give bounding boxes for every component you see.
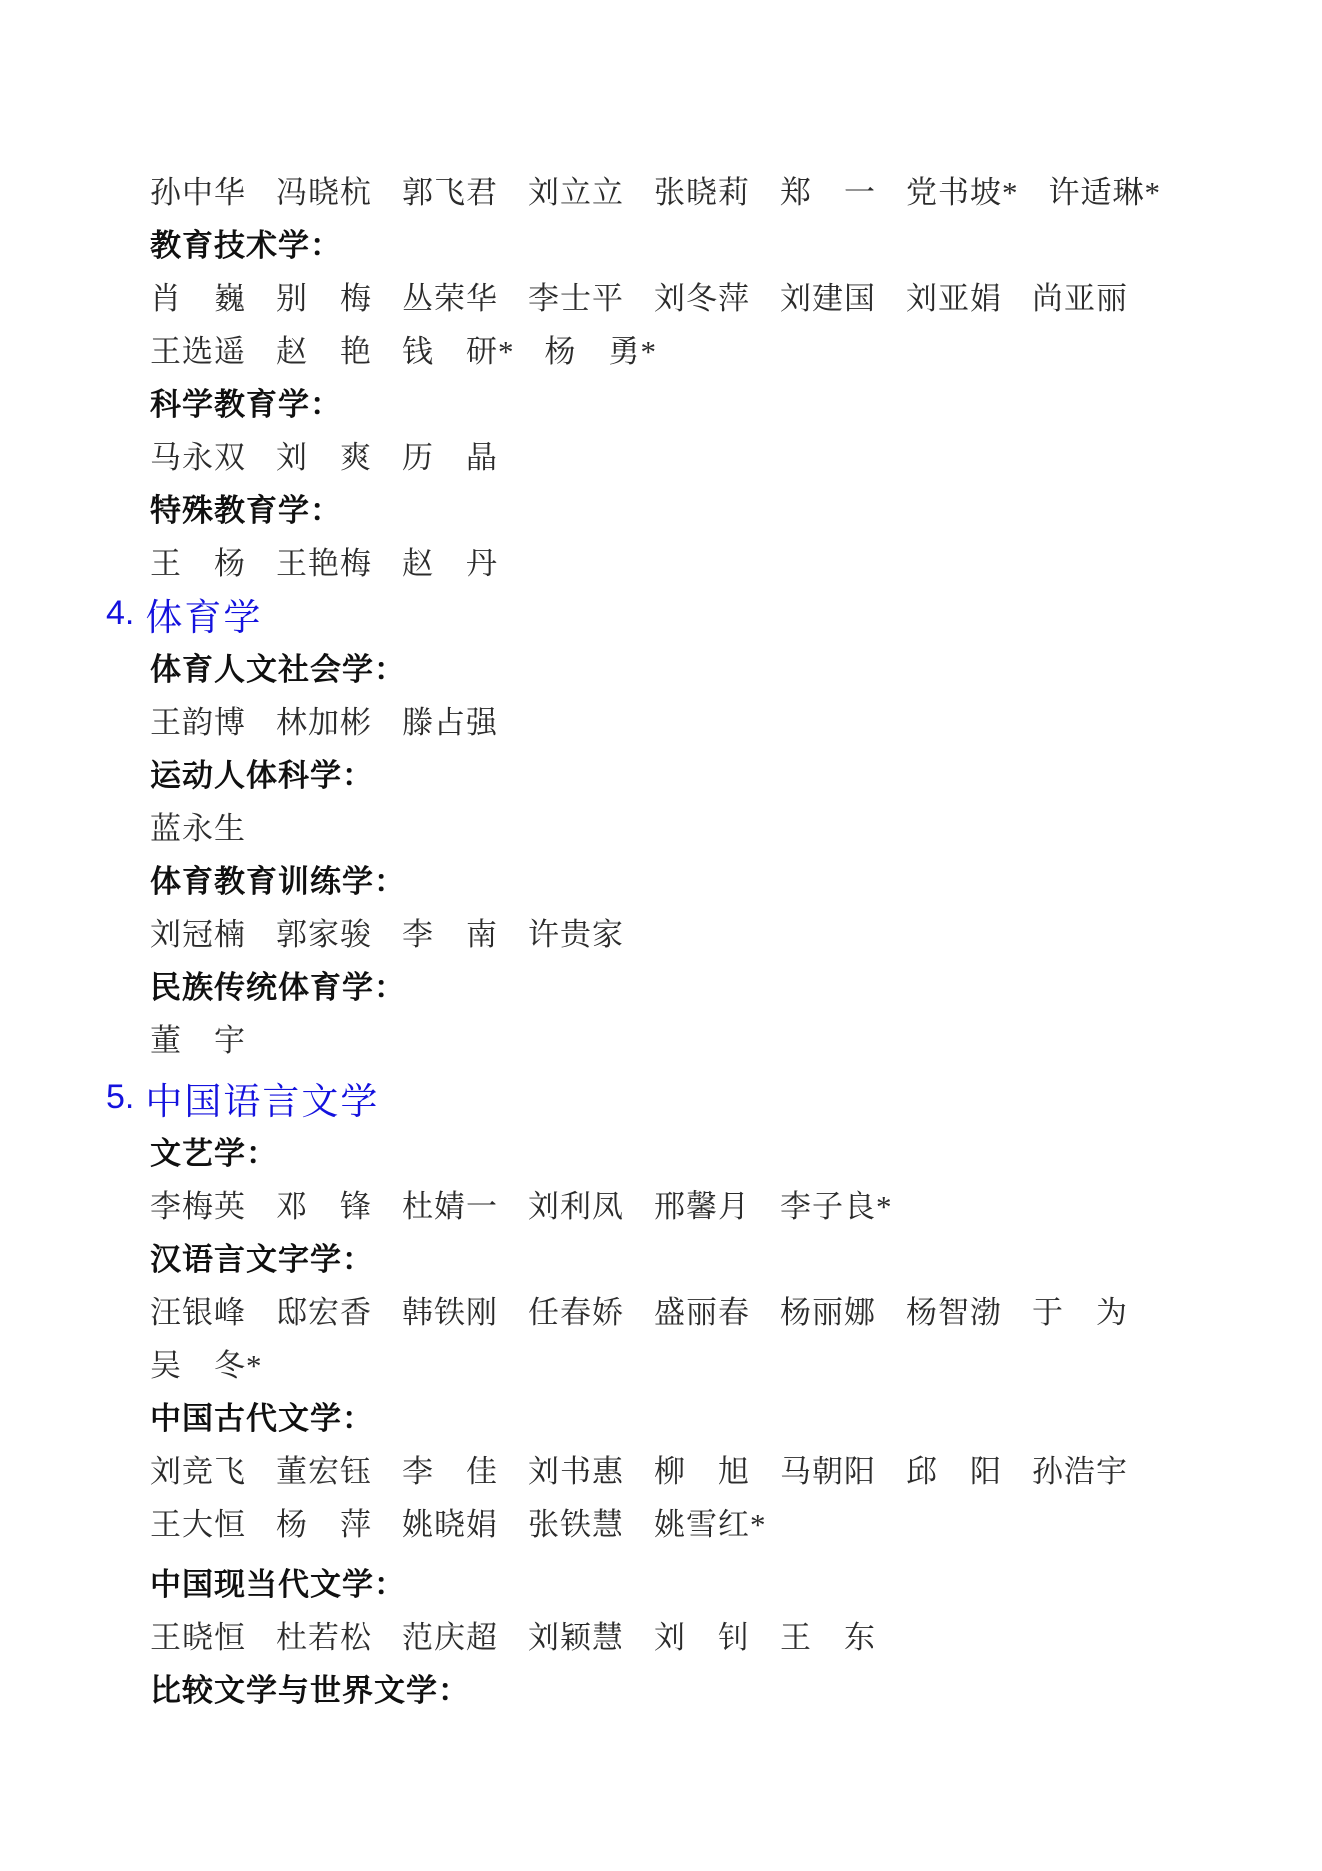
person-name: 刘颖慧: [528, 1612, 624, 1657]
person-name: 郑 一: [780, 167, 876, 212]
person-name: 姚晓娟: [402, 1499, 498, 1544]
person-name: 杨丽娜: [780, 1287, 876, 1332]
name-list-row: 王选遥赵 艳钱 研*杨 勇*: [0, 322, 1322, 375]
person-name: 张晓莉: [654, 167, 750, 212]
discipline-heading: 文艺学：: [0, 1124, 1322, 1177]
discipline-heading: 民族传统体育学：: [0, 958, 1322, 1011]
discipline-heading-label: 比较文学与世界文学：: [150, 1665, 470, 1710]
person-name: 党书坡*: [906, 167, 1019, 212]
document-page: 孙中华冯晓杭郭飞君刘立立张晓莉郑 一党书坡*许适琳*教育技术学：肖 巍别 梅丛荣…: [0, 0, 1322, 1714]
section-number: 4.: [106, 594, 134, 633]
section-heading: 5.中国语言文学: [0, 1071, 1322, 1124]
person-name: 刘竞飞: [150, 1446, 246, 1491]
person-name: 肖 巍: [150, 273, 246, 318]
name-list-row: 王大恒杨 萍姚晓娟张铁慧姚雪红*: [0, 1495, 1322, 1548]
person-name: 杜婧一: [402, 1181, 498, 1226]
person-name: 王艳梅: [276, 538, 372, 583]
discipline-heading: 中国现当代文学：: [0, 1555, 1322, 1608]
person-name: 林加彬: [276, 697, 372, 742]
person-name: 赵 艳: [276, 326, 372, 371]
discipline-heading-label: 文艺学：: [150, 1128, 278, 1173]
person-name: 盛丽春: [654, 1287, 750, 1332]
discipline-heading-label: 科学教育学：: [150, 379, 342, 424]
person-name: 杜若松: [276, 1612, 372, 1657]
person-name: 李梅英: [150, 1181, 246, 1226]
person-name: 范庆超: [402, 1612, 498, 1657]
person-name: 刘利凤: [528, 1181, 624, 1226]
discipline-heading-label: 民族传统体育学：: [150, 962, 406, 1007]
person-name: 冯晓杭: [276, 167, 372, 212]
person-name: 王 东: [780, 1612, 876, 1657]
discipline-heading-label: 中国现当代文学：: [150, 1559, 406, 1604]
person-name: 汪银峰: [150, 1287, 246, 1332]
person-name: 丛荣华: [402, 273, 498, 318]
person-name: 李 佳: [402, 1446, 498, 1491]
discipline-heading: 比较文学与世界文学：: [0, 1661, 1322, 1714]
discipline-heading-label: 教育技术学：: [150, 220, 342, 265]
name-list-row: 孙中华冯晓杭郭飞君刘立立张晓莉郑 一党书坡*许适琳*: [0, 163, 1322, 216]
person-name: 滕占强: [402, 697, 498, 742]
person-name: 王韵博: [150, 697, 246, 742]
person-name: 孙浩宇: [1032, 1446, 1128, 1491]
person-name: 刘 爽: [276, 432, 372, 477]
discipline-heading-label: 汉语言文字学：: [150, 1234, 374, 1279]
person-name: 王大恒: [150, 1499, 246, 1544]
discipline-heading: 中国古代文学：: [0, 1389, 1322, 1442]
person-name: 赵 丹: [402, 538, 498, 583]
name-list-row: 王韵博林加彬滕占强: [0, 693, 1322, 746]
person-name: 柳 旭: [654, 1446, 750, 1491]
person-name: 邱 阳: [906, 1446, 1002, 1491]
name-list-row: 王晓恒杜若松范庆超刘颖慧刘 钊王 东: [0, 1608, 1322, 1661]
person-name: 李 南: [402, 909, 498, 954]
person-name: 刘立立: [528, 167, 624, 212]
name-list-row: 蓝永生: [0, 799, 1322, 852]
person-name: 姚雪红*: [654, 1499, 767, 1544]
person-name: 刘书惠: [528, 1446, 624, 1491]
discipline-heading-label: 体育人文社会学：: [150, 644, 406, 689]
name-list-row: 汪银峰邸宏香韩铁刚任春娇盛丽春杨丽娜杨智渤于 为: [0, 1283, 1322, 1336]
person-name: 邓 锋: [276, 1181, 372, 1226]
person-name: 韩铁刚: [402, 1287, 498, 1332]
person-name: 李士平: [528, 273, 624, 318]
document-content: 孙中华冯晓杭郭飞君刘立立张晓莉郑 一党书坡*许适琳*教育技术学：肖 巍别 梅丛荣…: [0, 0, 1322, 1714]
person-name: 历 晶: [402, 432, 498, 477]
person-name: 杨 勇*: [545, 326, 658, 371]
section-title: 体育学: [145, 587, 262, 641]
section-title: 中国语言文学: [145, 1071, 379, 1125]
name-list-row: 刘冠楠郭家骏李 南许贵家: [0, 905, 1322, 958]
name-list-row: 李梅英邓 锋杜婧一刘利凤邢馨月李子良*: [0, 1177, 1322, 1230]
person-name: 董 宇: [150, 1015, 246, 1060]
name-list-row: 董 宇: [0, 1011, 1322, 1064]
name-list-row: 马永双刘 爽历 晶: [0, 428, 1322, 481]
person-name: 张铁慧: [528, 1499, 624, 1544]
name-list-row: 刘竞飞董宏钰李 佳刘书惠柳 旭马朝阳邱 阳孙浩宇: [0, 1442, 1322, 1495]
person-name: 董宏钰: [276, 1446, 372, 1491]
person-name: 马永双: [150, 432, 246, 477]
person-name: 于 为: [1032, 1287, 1128, 1332]
discipline-heading: 教育技术学：: [0, 216, 1322, 269]
person-name: 许适琳*: [1049, 167, 1162, 212]
discipline-heading: 特殊教育学：: [0, 481, 1322, 534]
discipline-heading-label: 体育教育训练学：: [150, 856, 406, 901]
person-name: 尚亚丽: [1032, 273, 1128, 318]
person-name: 邢馨月: [654, 1181, 750, 1226]
person-name: 马朝阳: [780, 1446, 876, 1491]
person-name: 王晓恒: [150, 1612, 246, 1657]
person-name: 刘 钊: [654, 1612, 750, 1657]
person-name: 李子良*: [780, 1181, 893, 1226]
person-name: 任春娇: [528, 1287, 624, 1332]
section-heading: 4.体育学: [0, 587, 1322, 640]
person-name: 刘亚娟: [906, 273, 1002, 318]
person-name: 杨 萍: [276, 1499, 372, 1544]
person-name: 许贵家: [528, 909, 624, 954]
person-name: 王选遥: [150, 326, 246, 371]
person-name: 刘冬萍: [654, 273, 750, 318]
person-name: 吴 冬*: [150, 1340, 263, 1385]
person-name: 郭飞君: [402, 167, 498, 212]
person-name: 钱 研*: [402, 326, 515, 371]
person-name: 杨智渤: [906, 1287, 1002, 1332]
name-list-row: 肖 巍别 梅丛荣华李士平刘冬萍刘建国刘亚娟尚亚丽: [0, 269, 1322, 322]
person-name: 刘冠楠: [150, 909, 246, 954]
section-number: 5.: [106, 1078, 134, 1117]
person-name: 邸宏香: [276, 1287, 372, 1332]
discipline-heading: 运动人体科学：: [0, 746, 1322, 799]
name-list-row: 吴 冬*: [0, 1336, 1322, 1389]
person-name: 别 梅: [276, 273, 372, 318]
person-name: 郭家骏: [276, 909, 372, 954]
discipline-heading: 体育教育训练学：: [0, 852, 1322, 905]
person-name: 蓝永生: [150, 803, 246, 848]
person-name: 刘建国: [780, 273, 876, 318]
discipline-heading-label: 中国古代文学：: [150, 1393, 374, 1438]
person-name: 孙中华: [150, 167, 246, 212]
discipline-heading-label: 运动人体科学：: [150, 750, 374, 795]
person-name: 王 杨: [150, 538, 246, 583]
discipline-heading: 科学教育学：: [0, 375, 1322, 428]
discipline-heading: 体育人文社会学：: [0, 640, 1322, 693]
discipline-heading-label: 特殊教育学：: [150, 485, 342, 530]
name-list-row: 王 杨王艳梅赵 丹: [0, 534, 1322, 587]
discipline-heading: 汉语言文字学：: [0, 1230, 1322, 1283]
